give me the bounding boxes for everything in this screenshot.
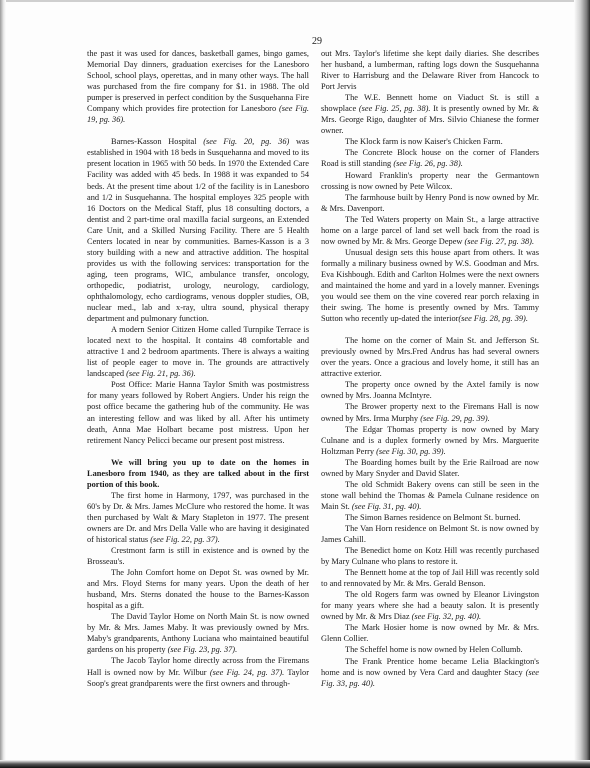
paragraph-hosier: The Mark Hosier home is now owned by Mr.… — [321, 622, 539, 644]
paragraph-schmidt-bakery: The old Schmidt Bakery ovens can still b… — [321, 479, 539, 512]
paragraph-simon-barnes: The Simon Barnes residence on Belmont St… — [321, 512, 539, 523]
paragraph-fire-hall: the past it was used for dances, basketb… — [87, 48, 309, 125]
scan-edge-right — [574, 0, 590, 768]
figure-reference: (see Fig. 23, pg. 37). — [168, 645, 238, 654]
paragraph-bennett-viaduct: The W.E. Bennett home on Viaduct St. is … — [321, 92, 539, 136]
paragraph-brower: The Brower property next to the Firemans… — [321, 401, 539, 423]
figure-reference: (see Fig. 21, pg. 36). — [126, 369, 196, 378]
paragraph-jacob-taylor: The Jacob Taylor home directly across fr… — [87, 655, 309, 688]
paragraph-benedict: The Benedict home on Kotz Hill was recen… — [321, 545, 539, 567]
paragraph-harmony-home: The first home in Harmony, 1797, was pur… — [87, 490, 309, 545]
scan-edge-left — [0, 0, 6, 768]
scan-edge-top — [0, 0, 590, 2]
right-column: out Mrs. Taylor's lifetime she kept dail… — [321, 48, 539, 689]
paragraph-franklin: Howard Franklin's property near the Germ… — [321, 170, 539, 192]
paragraph-boarding-homes: The Boarding homes built by the Erie Rai… — [321, 457, 539, 479]
paragraph-intro-homes: We will bring you up to date on the home… — [87, 457, 309, 490]
figure-reference: (see Fig. 22, pg. 37). — [150, 535, 220, 544]
paragraph-post-office: Post Office: Marie Hanna Taylor Smith wa… — [87, 379, 309, 445]
figure-reference: (see Fig. 27, pg. 38). — [465, 237, 535, 246]
figure-reference: (see Fig. 32, pg. 40). — [412, 612, 482, 621]
paragraph-prentice: The Frank Prentice home became Lelia Bla… — [321, 656, 539, 689]
paragraph-edgar-thomas: The Edgar Thomas property is now owned b… — [321, 424, 539, 457]
paragraph-bennett-jail-hill: The Bennett home at the top of Jail Hill… — [321, 567, 539, 589]
figure-reference: (see Fig. 26, pg. 38). — [393, 159, 463, 168]
scanned-page: 29 the past it was used for dances, bask… — [0, 0, 590, 768]
paragraph-klock-farm: The Klock farm is now Kaiser's Chicken F… — [321, 136, 539, 147]
figure-reference: (see Fig. 28, pg. 39). — [458, 314, 528, 323]
paragraph-pond-farmhouse: The farmhouse built by Henry Pond is now… — [321, 192, 539, 214]
scan-edge-bottom — [0, 760, 590, 768]
paragraph-axtel: The property once owned by the Axtel fam… — [321, 379, 539, 401]
paragraph-hospital: Barnes-Kasson Hospital (see Fig. 20, pg.… — [87, 136, 309, 324]
paragraph-rogers-farm: The old Rogers farm was owned by Eleanor… — [321, 589, 539, 622]
figure-reference: (see Fig. 20, pg. 36) — [203, 137, 289, 146]
figure-reference: (see Fig. 24, pg. 37). — [210, 668, 284, 677]
paragraph-senior-home: A modern Senior Citizen Home called Turn… — [87, 324, 309, 379]
paragraph-scheffel: The Scheffel home is now owned by Helen … — [321, 644, 539, 655]
figure-reference: (see Fig. 29, pg. 39). — [420, 414, 490, 423]
figure-reference: (see Fig. 30, pg. 39). — [376, 447, 446, 456]
paragraph-andrus-home: The home on the corner of Main St. and J… — [321, 335, 539, 379]
paragraph-ted-waters: The Ted Waters property on Main St., a l… — [321, 214, 539, 247]
paragraph-david-taylor: The David Taylor Home on North Main St. … — [87, 611, 309, 655]
left-column: the past it was used for dances, basketb… — [87, 48, 309, 689]
paragraph-unusual-design: Unusual design sets this house apart fro… — [321, 247, 539, 324]
paragraph-diaries: out Mrs. Taylor's lifetime she kept dail… — [321, 48, 539, 92]
paragraph-concrete-block: The Concrete Block house on the corner o… — [321, 147, 539, 169]
figure-reference: (see Fig. 25, pg. 38). — [359, 104, 431, 113]
paragraph-van-horn: The Van Horn residence on Belmont St. is… — [321, 523, 539, 545]
figure-reference: (see Fig. 31, pg. 40). — [352, 502, 422, 511]
paragraph-comfort-home: The John Comfort home on Depot St. was o… — [87, 567, 309, 611]
paragraph-crestmont: Crestmont farm is still in existence and… — [87, 545, 309, 567]
page-number: 29 — [312, 36, 322, 47]
